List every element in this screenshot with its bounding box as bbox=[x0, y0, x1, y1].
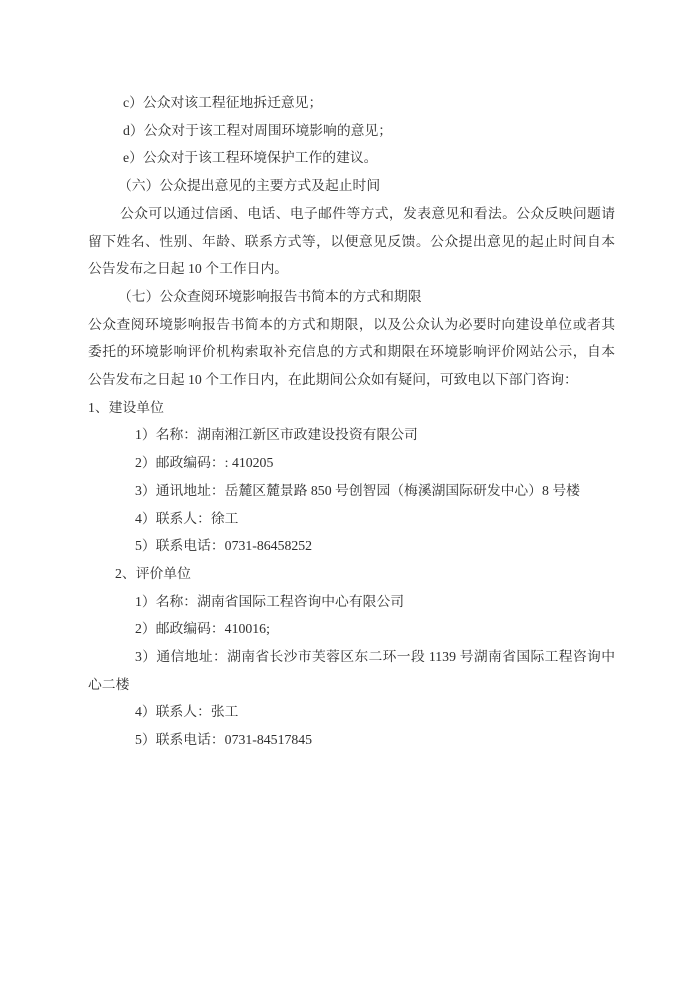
para-review-line-2: 委托的环境影响评价机构索取补充信息的方式和期限在环境影响评价网站公示，自本 bbox=[88, 338, 615, 366]
unit-1-postcode: 2）邮政编码：: 410205 bbox=[88, 449, 615, 477]
document-page: c）公众对该工程征地拆迁意见； d）公众对于该工程对周围环境影响的意见； e）公… bbox=[0, 0, 700, 989]
list-item-e: e）公众对于该工程环境保护工作的建议。 bbox=[88, 144, 615, 172]
para-feedback-line-1: 公众可以通过信函、电话、电子邮件等方式，发表意见和看法。公众反映问题请 bbox=[88, 200, 615, 228]
unit-2-phone: 5）联系电话：0731-84517845 bbox=[88, 726, 615, 754]
unit-1-contact: 4）联系人：徐工 bbox=[88, 505, 615, 533]
unit-1-heading: 1、建设单位 bbox=[88, 394, 615, 422]
unit-1-phone: 5）联系电话：0731-86458252 bbox=[88, 532, 615, 560]
para-feedback-line-2: 留下姓名、性别、年龄、联系方式等，以便意见反馈。公众提出意见的起止时间自本 bbox=[88, 228, 615, 256]
unit-2-address-line-1: 3）通信地址：湖南省长沙市芙蓉区东二环一段 1139 号湖南省国际工程咨询中 bbox=[88, 643, 615, 671]
unit-2-name: 1）名称：湖南省国际工程咨询中心有限公司 bbox=[88, 588, 615, 616]
list-item-c: c）公众对该工程征地拆迁意见； bbox=[88, 89, 615, 117]
para-review-line-1: 公众查阅环境影响报告书简本的方式和期限，以及公众认为必要时向建设单位或者其 bbox=[88, 311, 615, 339]
unit-2-address-line-2: 心二楼 bbox=[88, 671, 615, 699]
unit-2-heading: 2、评价单位 bbox=[88, 560, 615, 588]
unit-2-contact: 4）联系人：张工 bbox=[88, 698, 615, 726]
unit-1-address: 3）通讯地址：岳麓区麓景路 850 号创智园（梅溪湖国际研发中心）8 号楼 bbox=[88, 477, 615, 505]
para-feedback-line-3: 公告发布之日起 10 个工作日内。 bbox=[88, 255, 615, 283]
heading-section-6: （六）公众提出意见的主要方式及起止时间 bbox=[88, 172, 615, 200]
unit-1-name: 1）名称：湖南湘江新区市政建设投资有限公司 bbox=[88, 421, 615, 449]
document-body: c）公众对该工程征地拆迁意见； d）公众对于该工程对周围环境影响的意见； e）公… bbox=[88, 89, 615, 754]
unit-2-postcode: 2）邮政编码：410016; bbox=[88, 615, 615, 643]
list-item-d: d）公众对于该工程对周围环境影响的意见； bbox=[88, 117, 615, 145]
heading-section-7: （七）公众查阅环境影响报告书简本的方式和期限 bbox=[88, 283, 615, 311]
para-review-line-3: 公告发布之日起 10 个工作日内，在此期间公众如有疑问，可致电以下部门咨询： bbox=[88, 366, 615, 394]
